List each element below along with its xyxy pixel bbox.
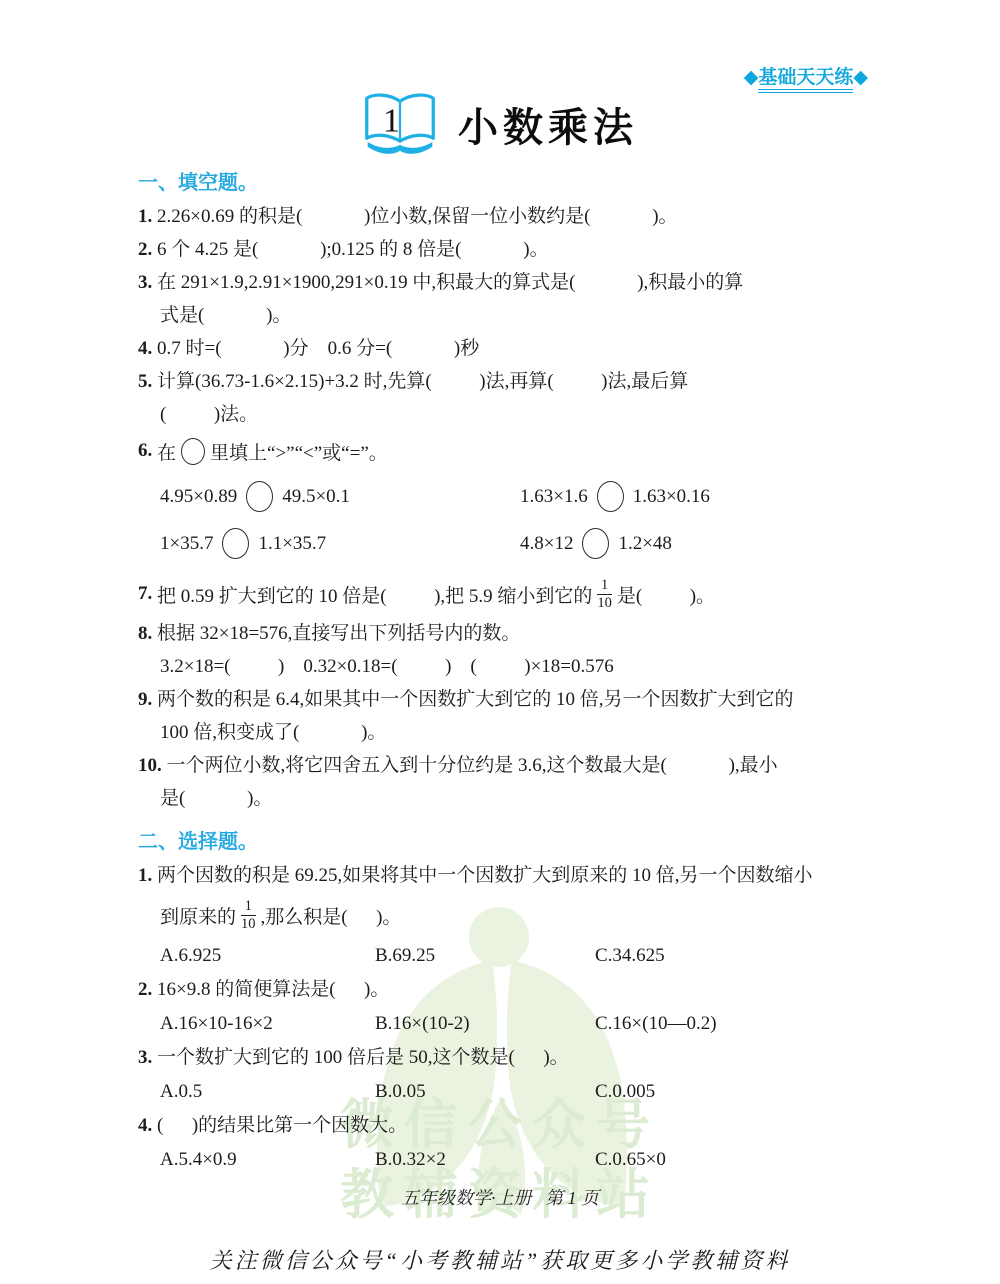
badge-diamond-right-icon: ◆ xyxy=(853,67,868,88)
page-title: 小数乘法 xyxy=(458,96,638,153)
question-text: 在 291×1.9,2.91×1900,291×0.19 中,积最大的算式是( … xyxy=(157,272,743,293)
s1-q8-cont: 3.2×18=( ) 0.32×0.18=( ) ( )×18=0.576 xyxy=(138,650,886,683)
section-1-heading: 一、填空题。 xyxy=(138,166,886,200)
question-text: 16×9.8 的简便算法是( )。 xyxy=(157,979,389,1000)
question-text: 在 xyxy=(157,438,176,465)
compare-rows: 4.95×0.8949.5×0.1 1.63×1.61.63×0.16 1×35… xyxy=(138,473,886,567)
s2-q4: 4. ( )的结果比第一个因数大。 xyxy=(138,1109,886,1142)
bottom-note: 关注微信公众号“小考教辅站”获取更多小学教辅资料 xyxy=(0,1244,1000,1275)
footer-page-info: 五年级数学·上册 第 1 页 xyxy=(0,1184,1000,1210)
question-text: 两个数的积是 6.4,如果其中一个因数扩大到它的 10 倍,另一个因数扩大到它的 xyxy=(157,689,794,710)
s1-q3-cont: 式是( )。 xyxy=(138,299,886,332)
s1-q9-cont: 100 倍,积变成了( )。 xyxy=(138,716,886,749)
option-b: B.69.25 xyxy=(375,938,595,973)
compare-circle-icon xyxy=(222,528,249,559)
question-text: 里填上“>”“<”或“=”。 xyxy=(210,438,388,465)
question-text: 一个数扩大到它的 100 倍后是 50,这个数是( )。 xyxy=(157,1047,569,1068)
s1-q5: 5. 计算(36.73-1.6×2.15)+3.2 时,先算( )法,再算( )… xyxy=(138,365,886,398)
option-c: C.16×(10—0.2) xyxy=(595,1006,717,1041)
question-text: ( )法。 xyxy=(160,404,258,425)
options-row: A.0.5 B.0.05 C.0.005 xyxy=(138,1074,886,1109)
option-a: A.6.925 xyxy=(160,938,375,973)
options-row: A.6.925 B.69.25 C.34.625 xyxy=(138,938,886,973)
question-text: 3.2×18=( ) 0.32×0.18=( ) ( )×18=0.576 xyxy=(160,656,614,677)
s1-q4: 4. 0.7 时=( )分 0.6 分=( )秒 xyxy=(138,332,886,365)
compare-circle-icon xyxy=(246,481,273,512)
fraction: 110 xyxy=(241,898,256,932)
s1-q9: 9. 两个数的积是 6.4,如果其中一个因数扩大到它的 10 倍,另一个因数扩大… xyxy=(138,683,886,716)
s1-q7: 7. 把 0.59 扩大到它的 10 倍是( ),把 5.9 缩小到它的110是… xyxy=(138,571,886,617)
question-text: 是( )。 xyxy=(160,788,272,809)
question-text: 100 倍,积变成了( )。 xyxy=(160,722,386,743)
question-text: 到原来的 xyxy=(160,902,236,929)
s1-q10-cont: 是( )。 xyxy=(138,782,886,815)
section-2-heading: 二、选择题。 xyxy=(138,825,886,859)
option-a: A.5.4×0.9 xyxy=(160,1142,375,1177)
lesson-number: 1 xyxy=(383,103,400,140)
question-text: ( )的结果比第一个因数大。 xyxy=(157,1115,407,1136)
question-text: 式是( )。 xyxy=(160,305,291,326)
question-text: 把 0.59 扩大到它的 10 倍是( ),把 5.9 缩小到它的 xyxy=(157,581,592,608)
question-text: ,那么积是( )。 xyxy=(261,902,402,929)
s2-q1-cont: 到原来的110,那么积是( )。 xyxy=(138,892,886,938)
s2-q1: 1. 两个因数的积是 69.25,如果将其中一个因数扩大到原来的 10 倍,另一… xyxy=(138,859,886,892)
question-text: 6 个 4.25 是( );0.125 的 8 倍是( )。 xyxy=(157,239,549,260)
question-text: 0.7 时=( )分 0.6 分=( )秒 xyxy=(157,338,479,359)
s1-q8: 8. 根据 32×18=576,直接写出下列括号内的数。 xyxy=(138,617,886,650)
option-c: C.0.65×0 xyxy=(595,1142,666,1177)
option-c: C.0.005 xyxy=(595,1074,655,1109)
badge-diamond-left-icon: ◆ xyxy=(744,67,759,88)
question-text: 根据 32×18=576,直接写出下列括号内的数。 xyxy=(157,623,520,644)
option-c: C.34.625 xyxy=(595,938,665,973)
fraction: 110 xyxy=(597,577,612,611)
compare-row: 1×35.71.1×35.7 4.8×121.2×48 xyxy=(138,520,886,567)
book-icon: 1 xyxy=(362,92,438,156)
worksheet-body: 一、填空题。 1. 2.26×0.69 的积是( )位小数,保留一位小数约是( … xyxy=(138,166,886,1177)
s1-q3: 3. 在 291×1.9,2.91×1900,291×0.19 中,积最大的算式… xyxy=(138,266,886,299)
option-b: B.0.32×2 xyxy=(375,1142,595,1177)
option-b: B.0.05 xyxy=(375,1074,595,1109)
question-text: 是( )。 xyxy=(617,581,715,608)
option-a: A.16×10-16×2 xyxy=(160,1006,375,1041)
compare-circle-icon xyxy=(181,438,205,465)
question-text: 两个因数的积是 69.25,如果将其中一个因数扩大到原来的 10 倍,另一个因数… xyxy=(157,865,813,886)
options-row: A.5.4×0.9 B.0.32×2 C.0.65×0 xyxy=(138,1142,886,1177)
badge-label: 基础天天练 xyxy=(758,67,853,93)
s1-q1: 1. 2.26×0.69 的积是( )位小数,保留一位小数约是( )。 xyxy=(138,200,886,233)
s1-q5-cont: ( )法。 xyxy=(138,398,886,431)
s1-q6: 6. 在里填上“>”“<”或“=”。 xyxy=(138,431,886,471)
s1-q10: 10. 一个两位小数,将它四舍五入到十分位约是 3.6,这个数最大是( ),最小 xyxy=(138,749,886,782)
s1-q2: 2. 6 个 4.25 是( );0.125 的 8 倍是( )。 xyxy=(138,233,886,266)
compare-row: 4.95×0.8949.5×0.1 1.63×1.61.63×0.16 xyxy=(138,473,886,520)
s2-q2: 2. 16×9.8 的简便算法是( )。 xyxy=(138,973,886,1006)
question-text: 计算(36.73-1.6×2.15)+3.2 时,先算( )法,再算( )法,最… xyxy=(157,371,688,392)
option-b: B.16×(10-2) xyxy=(375,1006,595,1041)
title-row: 1 小数乘法 xyxy=(0,92,1000,156)
question-text: 2.26×0.69 的积是( )位小数,保留一位小数约是( )。 xyxy=(157,206,678,227)
s2-q3: 3. 一个数扩大到它的 100 倍后是 50,这个数是( )。 xyxy=(138,1041,886,1074)
question-text: 一个两位小数,将它四舍五入到十分位约是 3.6,这个数最大是( ),最小 xyxy=(167,755,778,776)
options-row: A.16×10-16×2 B.16×(10-2) C.16×(10—0.2) xyxy=(138,1006,886,1041)
practice-badge: ◆基础天天练◆ xyxy=(744,62,868,89)
compare-circle-icon xyxy=(597,481,624,512)
compare-circle-icon xyxy=(582,528,609,559)
option-a: A.0.5 xyxy=(160,1074,375,1109)
